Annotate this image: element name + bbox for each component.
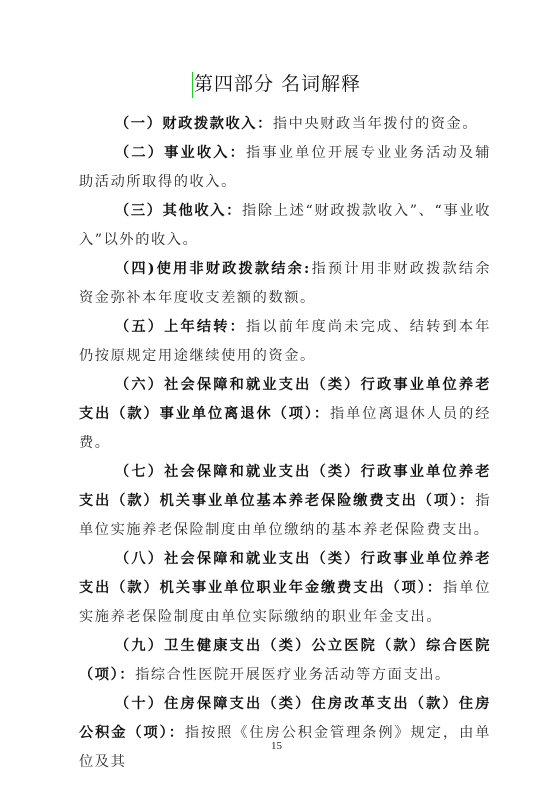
glossary-term: （七）社会保障和就业支出（类）行政事业单位养老支出（款）机关事业单位基本养老保险… <box>79 464 491 509</box>
glossary-entry-1: （一）财政拨款收入：指中央财政当年拨付的资金。 <box>79 110 491 139</box>
glossary-term: （四)使用非财政拨款结余: <box>115 261 311 277</box>
page-number: 15 <box>0 740 553 752</box>
text-cursor <box>192 72 193 98</box>
section-title-text: 第四部分 名词解释 <box>194 73 361 95</box>
glossary-term: （三）其他收入： <box>115 203 242 219</box>
glossary-entry-3: （三）其他收入：指除上述“财政拨款收入”、“事业收入”以外的收入。 <box>79 197 491 255</box>
glossary-definition: 指综合性医院开展医疗业务活动等方面支出。 <box>135 667 451 683</box>
glossary-definition: 指中央财政当年拨付的资金。 <box>273 116 478 132</box>
glossary-entry-7: （七）社会保障和就业支出（类）行政事业单位养老支出（款）机关事业单位基本养老保险… <box>79 458 491 545</box>
glossary-term: （五）上年结转： <box>115 319 246 335</box>
glossary-entry-6: （六）社会保障和就业支出（类）行政事业单位养老支出（款）事业单位离退休（项）：指… <box>79 371 491 458</box>
glossary-entry-2: （二）事业收入：指事业单位开展专业业务活动及辅助活动所取得的收入。 <box>79 139 491 197</box>
glossary-term: （二）事业收入： <box>115 145 246 161</box>
glossary-entry-4: （四)使用非财政拨款结余:指预计用非财政拨款结余资金弥补本年度收支差额的数额。 <box>79 255 491 313</box>
document-page: 第四部分 名词解释 （一）财政拨款收入：指中央财政当年拨付的资金。 （二）事业收… <box>0 0 553 792</box>
glossary-entry-8: （八）社会保障和就业支出（类）行政事业单位养老支出（款）机关事业单位职业年金缴费… <box>79 545 491 632</box>
section-title: 第四部分 名词解释 <box>0 70 553 98</box>
glossary-entry-9: （九）卫生健康支出（类）公立医院（款）综合医院（项）：指综合性医院开展医疗业务活… <box>79 632 491 690</box>
glossary-term: （八）社会保障和就业支出（类）行政事业单位养老支出（款）机关事业单位职业年金缴费… <box>79 551 491 596</box>
glossary-body: （一）财政拨款收入：指中央财政当年拨付的资金。 （二）事业收入：指事业单位开展专… <box>79 110 491 777</box>
glossary-entry-5: （五）上年结转：指以前年度尚未完成、结转到本年仍按原规定用途继续使用的资金。 <box>79 313 491 371</box>
glossary-term: （一）财政拨款收入： <box>115 116 273 132</box>
glossary-entry-10: （十）住房保障支出（类）住房改革支出（款）住房公积金（项）：指按照《住房公积金管… <box>79 690 491 777</box>
